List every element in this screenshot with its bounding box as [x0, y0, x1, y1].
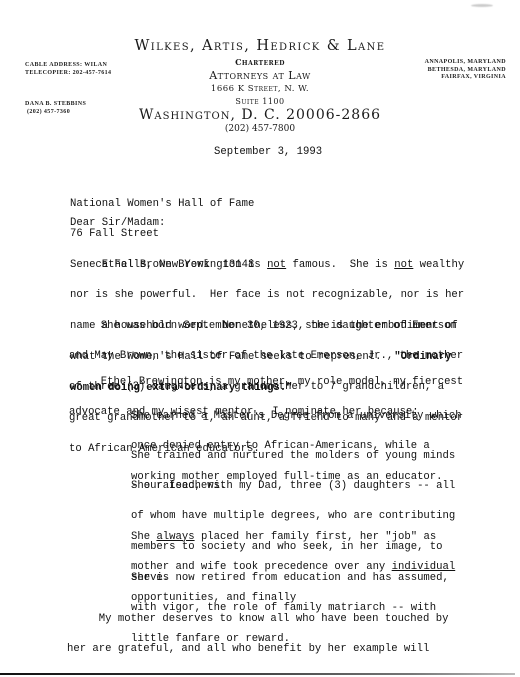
underlined-text: always	[156, 531, 194, 543]
paragraph-line: her are grateful, and all who benefit by…	[67, 644, 448, 654]
text-run: famous. She is	[286, 259, 394, 271]
underlined-text: not	[267, 259, 286, 271]
firm-name: Wilkes, Artis, Hedrick & Lane	[0, 38, 520, 54]
sender-phone: (202) 457-7360	[25, 109, 86, 117]
text-run: She	[131, 531, 156, 543]
paragraph-4: My mother deserves to know all who have …	[67, 593, 448, 665]
sender-block: DANA B. STEBBINS (202) 457-7360	[25, 101, 86, 116]
page-bottom-edge	[0, 673, 515, 675]
text-run: wealthy	[413, 259, 464, 271]
paragraph-line: She was born September 30, 1923, the dau…	[69, 321, 463, 331]
text-run: Ethel Brown Brewington is	[70, 259, 267, 271]
branch-offices: ANNAPOLIS, MARYLAND BETHESDA, MARYLAND F…	[366, 59, 506, 82]
office-annapolis: ANNAPOLIS, MARYLAND	[366, 59, 506, 67]
cable-address: CABLE ADDRESS: WILAN	[25, 62, 111, 70]
office-fairfax: FAIRFAX, VIRGINIA	[366, 74, 506, 82]
scan-smudge	[471, 4, 493, 7]
cable-telecopier-block: CABLE ADDRESS: WILAN TELECOPIER: 202-457…	[25, 62, 111, 77]
telecopier: TELECOPIER: 202-457-7614	[25, 70, 111, 78]
reason-line: She always placed her family first, her …	[131, 532, 455, 542]
paragraph-line: Ethel Brewington is my mother, my role m…	[69, 377, 463, 387]
office-bethesda: BETHESDA, MARYLAND	[366, 67, 506, 75]
paragraph-line: Ethel Brown Brewington is not famous. Sh…	[70, 260, 464, 270]
paragraph-line: My mother deserves to know all who have …	[67, 614, 448, 624]
underlined-text: not	[394, 259, 413, 271]
letter-date: September 3, 1993	[214, 147, 322, 157]
salutation: Dear Sir/Madam:	[70, 218, 165, 228]
street-address: 1666 K Street, N. W.	[0, 84, 520, 94]
sender-name: DANA B. STEBBINS	[25, 101, 86, 109]
reason-line: She is now retired from education and ha…	[131, 573, 449, 583]
recipient-line: National Women's Hall of Fame	[70, 199, 254, 209]
firm-phone: (202) 457-7800	[0, 124, 520, 134]
text-run: placed her family first, her "job" as	[195, 531, 437, 543]
reason-line: She earned a Master's Degree from a univ…	[131, 411, 462, 421]
reason-line: She raised, with my Dad, three (3) daugh…	[131, 481, 455, 491]
